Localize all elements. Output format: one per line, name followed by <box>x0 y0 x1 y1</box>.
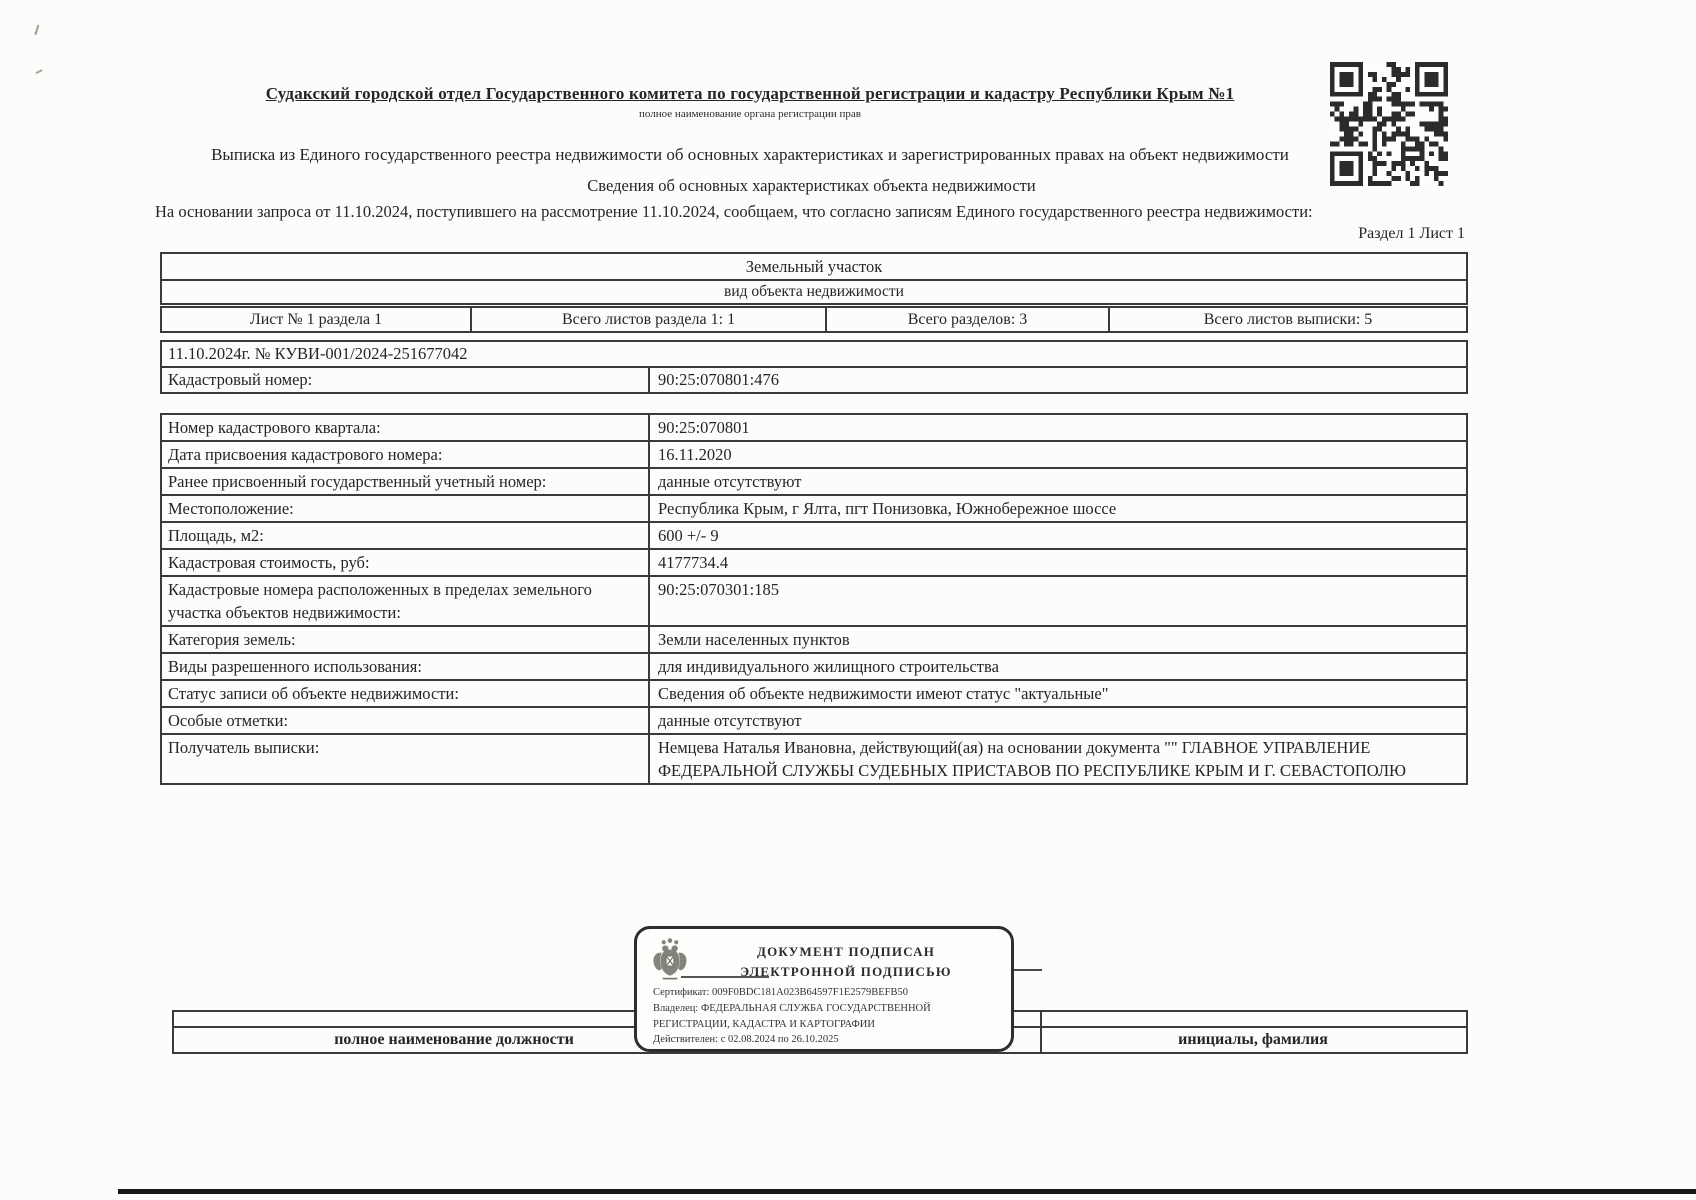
registration-authority-name: Судакский городской отдел Государственно… <box>155 84 1345 104</box>
table-row: Особые отметки: данные отсутствуют <box>162 708 1466 735</box>
object-type-table: Земельный участок вид объекта недвижимос… <box>160 252 1468 305</box>
request-basis-line: На основании запроса от 11.10.2024, пост… <box>155 202 1475 222</box>
qr-code-icon <box>1330 62 1448 186</box>
row-value: 600 +/- 9 <box>650 523 1466 548</box>
request-number: 11.10.2024г. № КУВИ-001/2024-251677042 <box>162 342 1466 368</box>
row-label: Получатель выписки: <box>162 735 650 783</box>
table-row: Виды разрешенного использования: для инд… <box>162 654 1466 681</box>
stamp-validity: Действителен: с 02.08.2024 по 26.10.2025 <box>653 1032 1003 1048</box>
cadastral-number-value: 90:25:070801:476 <box>650 368 1466 392</box>
table-row: Местоположение: Республика Крым, г Ялта,… <box>162 496 1466 523</box>
row-value: 90:25:070301:185 <box>650 577 1466 625</box>
scan-artifact <box>29 23 40 35</box>
row-label: Виды разрешенного использования: <box>162 654 650 679</box>
row-value: 16.11.2020 <box>650 442 1466 467</box>
table-row: Категория земель: Земли населенных пункт… <box>162 627 1466 654</box>
row-value: Земли населенных пунктов <box>650 627 1466 652</box>
row-value: 90:25:070801 <box>650 415 1466 440</box>
row-value: данные отсутствуют <box>650 469 1466 494</box>
row-value: Сведения об объекте недвижимости имеют с… <box>650 681 1466 706</box>
row-label: Особые отметки: <box>162 708 650 733</box>
row-label: Ранее присвоенный государственный учетны… <box>162 469 650 494</box>
stamp-title-line1: ДОКУМЕНТ ПОДПИСАН <box>691 942 1001 962</box>
request-number-table: 11.10.2024г. № КУВИ-001/2024-251677042 К… <box>160 340 1468 394</box>
object-type-caption: вид объекта недвижимости <box>162 281 1466 303</box>
stamp-certificate: Сертификат: 009F0BDC181A023B64597F1E2579… <box>653 985 1003 1001</box>
row-label: Статус записи об объекте недвижимости: <box>162 681 650 706</box>
electronic-signature-stamp: ДОКУМЕНТ ПОДПИСАН ЭЛЕКТРОННОЙ ПОДПИСЬЮ С… <box>634 926 1014 1052</box>
document-title: Выписка из Единого государственного реес… <box>155 145 1345 165</box>
table-row: Площадь, м2: 600 +/- 9 <box>162 523 1466 550</box>
row-label: Кадастровые номера расположенных в преде… <box>162 577 650 625</box>
stamp-owner: Владелец: ФЕДЕРАЛЬНАЯ СЛУЖБА ГОСУДАРСТВЕ… <box>653 1001 1003 1033</box>
table-row: Кадастровая стоимость, руб: 4177734.4 <box>162 550 1466 577</box>
total-sections-cell: Всего разделов: 3 <box>827 308 1110 331</box>
sheet-number-cell: Лист № 1 раздела 1 <box>162 308 472 331</box>
row-value: Немцева Наталья Ивановна, действующий(ая… <box>650 735 1466 783</box>
section-sheet-label: Раздел 1 Лист 1 <box>155 225 1465 243</box>
table-row: Дата присвоения кадастрового номера: 16.… <box>162 442 1466 469</box>
row-label: Номер кадастрового квартала: <box>162 415 650 440</box>
document-page: Судакский городской отдел Государственно… <box>0 0 1696 1200</box>
document-subtitle: Сведения об основных характеристиках объ… <box>155 176 1468 196</box>
authority-caption: полное наименование органа регистрации п… <box>155 108 1345 120</box>
row-label: Площадь, м2: <box>162 523 650 548</box>
stamp-title-line2: ЭЛЕКТРОННОЙ ПОДПИСЬЮ <box>691 962 1001 982</box>
object-type-value: Земельный участок <box>162 254 1466 281</box>
row-value: 4177734.4 <box>650 550 1466 575</box>
sheets-in-section-cell: Всего листов раздела 1: 1 <box>472 308 827 331</box>
details-table: Номер кадастрового квартала: 90:25:07080… <box>160 413 1468 785</box>
row-label: Местоположение: <box>162 496 650 521</box>
document-header: Судакский городской отдел Государственно… <box>155 84 1345 165</box>
row-label: Дата присвоения кадастрового номера: <box>162 442 650 467</box>
table-row: Номер кадастрового квартала: 90:25:07080… <box>162 415 1466 442</box>
row-value: данные отсутствуют <box>650 708 1466 733</box>
table-row: Ранее присвоенный государственный учетны… <box>162 469 1466 496</box>
initials-caption: инициалы, фамилия <box>1040 1031 1466 1049</box>
total-sheets-cell: Всего листов выписки: 5 <box>1110 308 1466 331</box>
row-label: Категория земель: <box>162 627 650 652</box>
row-label: Кадастровая стоимость, руб: <box>162 550 650 575</box>
row-value: для индивидуального жилищного строительс… <box>650 654 1466 679</box>
table-row: Получатель выписки: Немцева Наталья Иван… <box>162 735 1466 783</box>
stamp-divider-line <box>681 976 769 978</box>
table-row: Статус записи об объекте недвижимости: С… <box>162 681 1466 708</box>
row-value: Республика Крым, г Ялта, пгт Понизовка, … <box>650 496 1466 521</box>
cadastral-number-row: Кадастровый номер: 90:25:070801:476 <box>162 368 1466 392</box>
scan-edge <box>118 1189 1696 1194</box>
signature-line-stub <box>1012 969 1042 971</box>
cadastral-number-label: Кадастровый номер: <box>162 368 650 392</box>
sheets-info-table: Лист № 1 раздела 1 Всего листов раздела … <box>160 306 1468 333</box>
scan-artifact <box>32 63 42 74</box>
table-row: Кадастровые номера расположенных в преде… <box>162 577 1466 627</box>
